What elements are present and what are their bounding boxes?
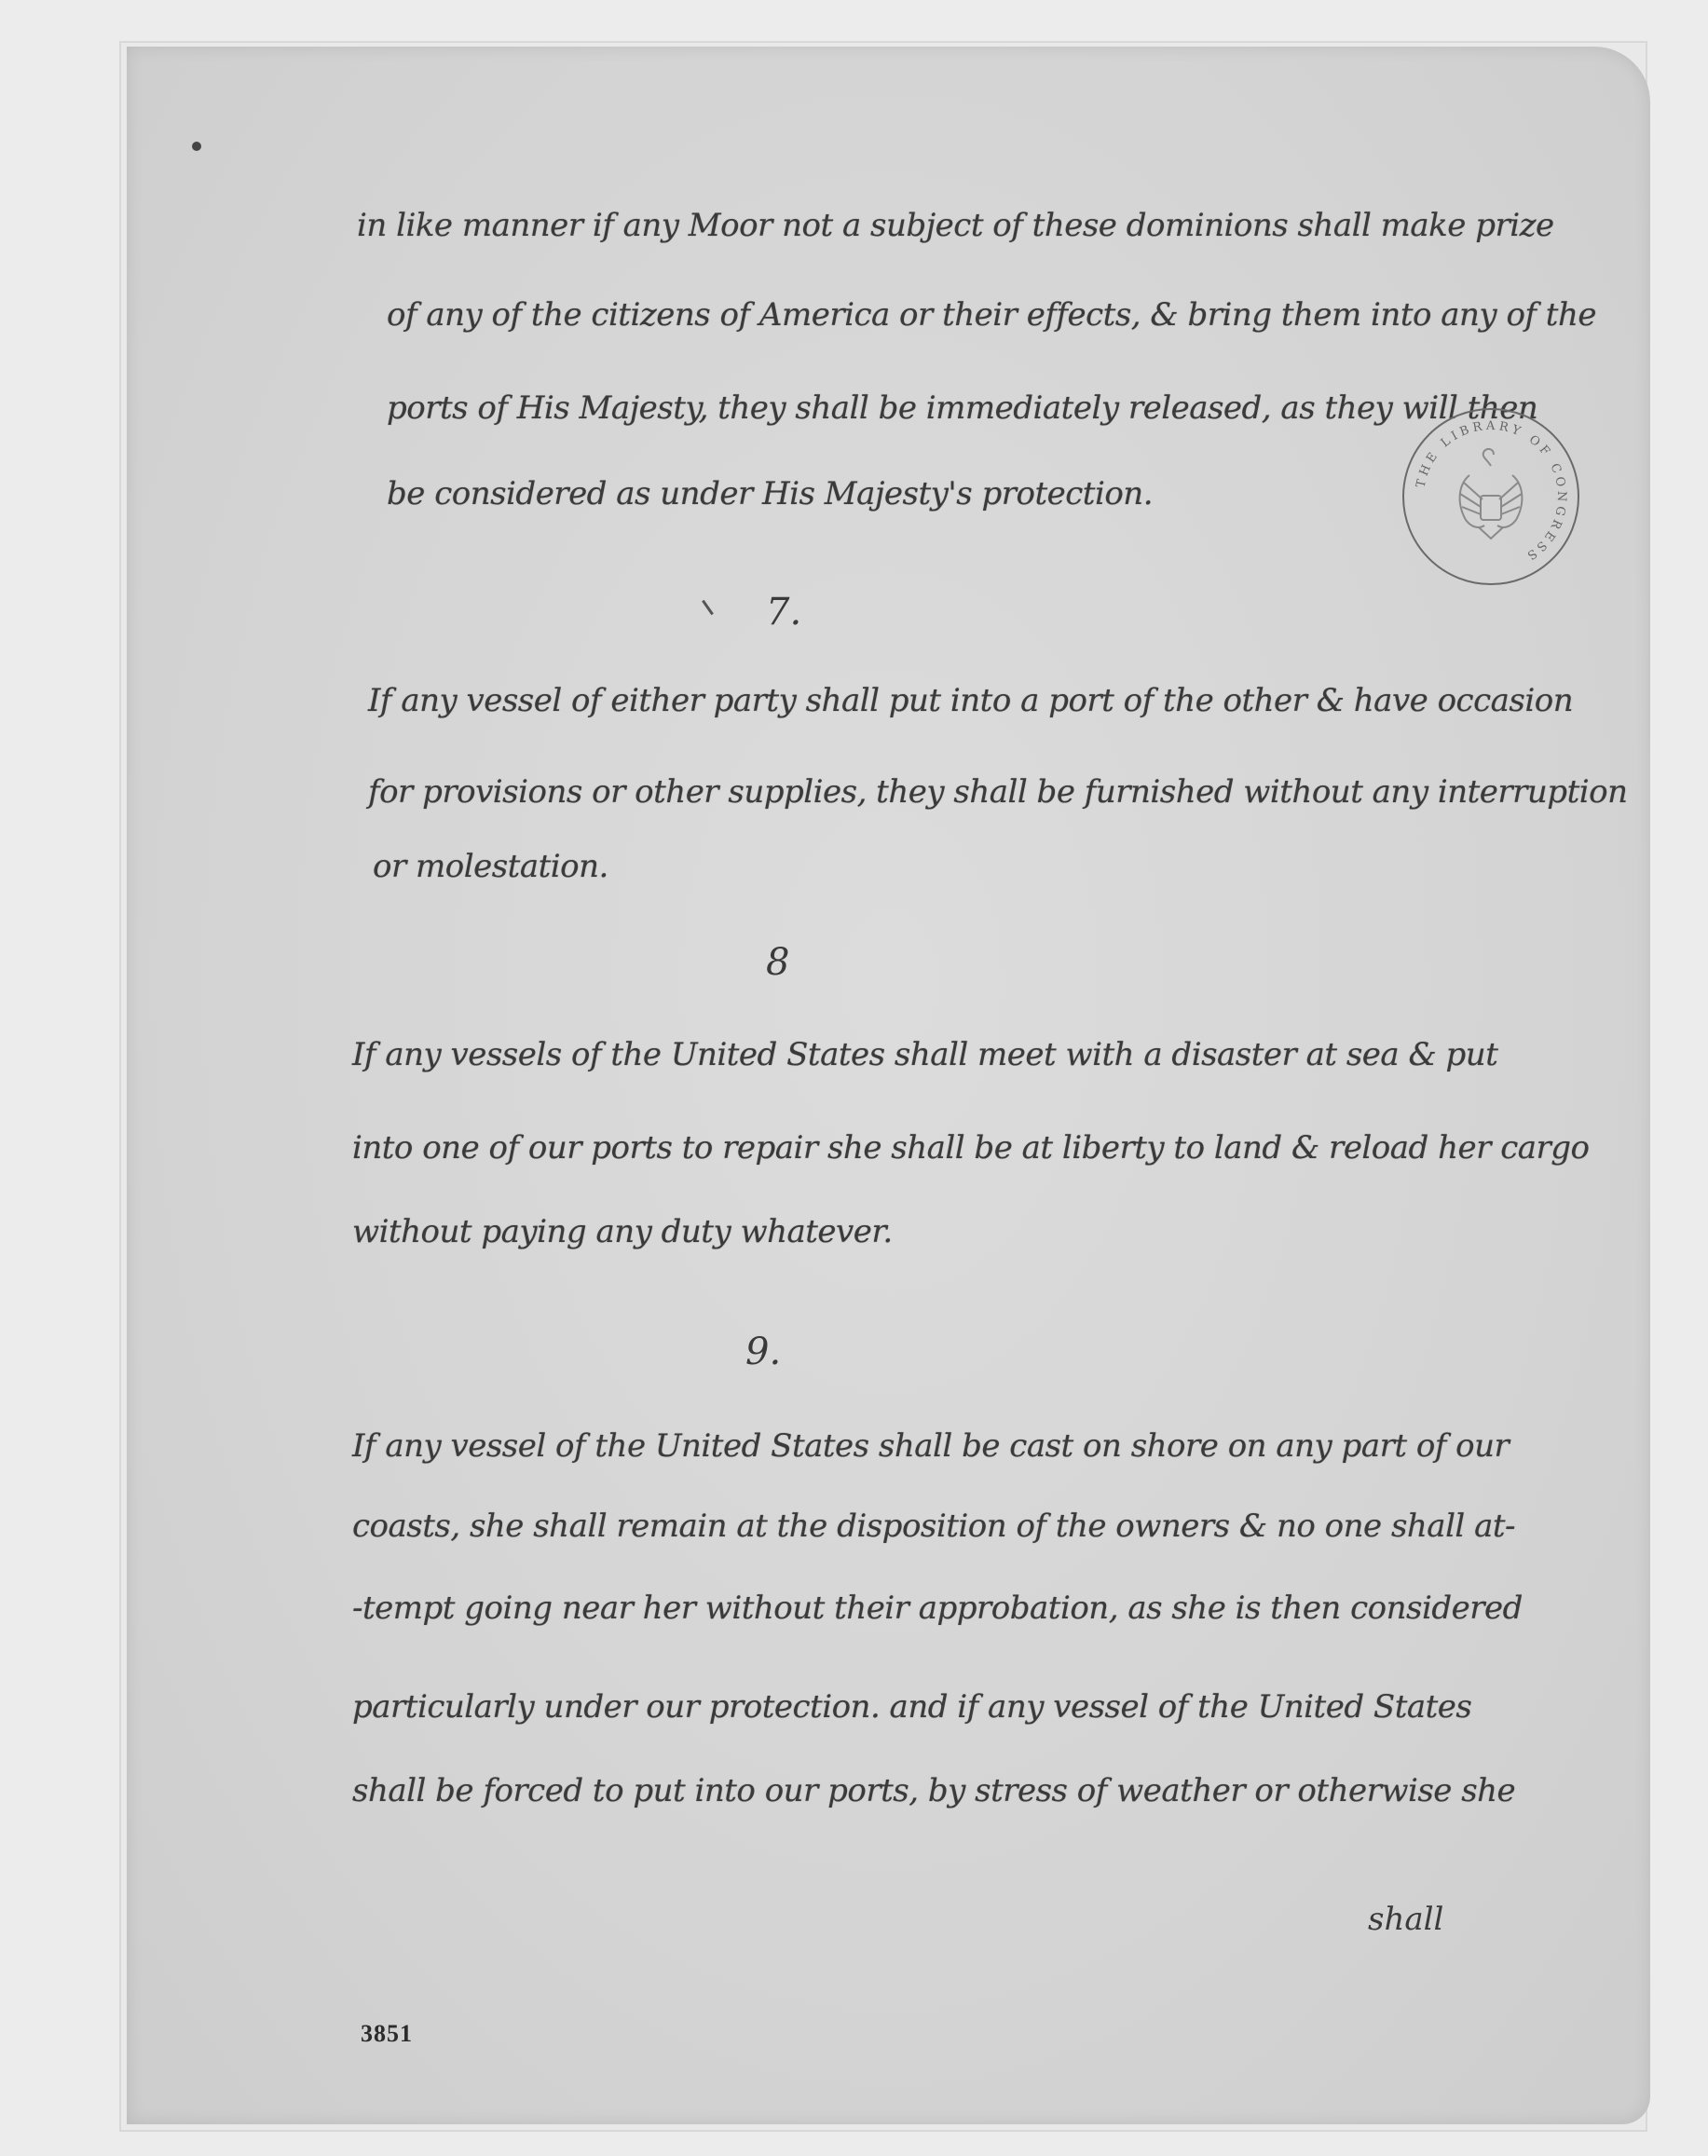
text-line: without paying any duty whatever. <box>352 1213 893 1250</box>
text-line: in like manner if any Moor not a subject… <box>357 207 1554 244</box>
text-line: for provisions or other supplies, they s… <box>368 773 1627 811</box>
text-line: ports of His Majesty, they shall be imme… <box>387 389 1537 427</box>
text-line: If any vessels of the United States shal… <box>352 1036 1497 1073</box>
text-line: -tempt going near her without their appr… <box>352 1590 1523 1627</box>
text-line: into one of our ports to repair she shal… <box>352 1129 1590 1167</box>
article-number: 9. <box>745 1330 781 1373</box>
article-number: 7. <box>766 591 801 634</box>
svg-text:THE LIBRARY OF CONGRESS: THE LIBRARY OF CONGRESS <box>1414 419 1569 565</box>
text-line: of any of the citizens of America or the… <box>387 296 1596 334</box>
library-of-congress-stamp: THE LIBRARY OF CONGRESS <box>1402 408 1579 585</box>
text-line: shall be forced to put into our ports, b… <box>352 1772 1515 1809</box>
text-line: be considered as under His Majesty's pro… <box>387 475 1153 512</box>
catchword: shall <box>1368 1901 1443 1938</box>
text-line: If any vessel of either party shall put … <box>368 682 1573 719</box>
eagle-icon: THE LIBRARY OF CONGRESS <box>1404 410 1578 583</box>
article-number: 8 <box>766 941 789 984</box>
page-number: 3851 <box>361 2020 413 2048</box>
ink-speck <box>192 142 201 151</box>
text-line: particularly under our protection. and i… <box>352 1688 1471 1726</box>
text-line: If any vessel of the United States shall… <box>352 1427 1509 1465</box>
manuscript-page <box>127 47 1650 2124</box>
text-line: or molestation. <box>373 848 608 885</box>
text-line: coasts, she shall remain at the disposit… <box>352 1508 1515 1545</box>
